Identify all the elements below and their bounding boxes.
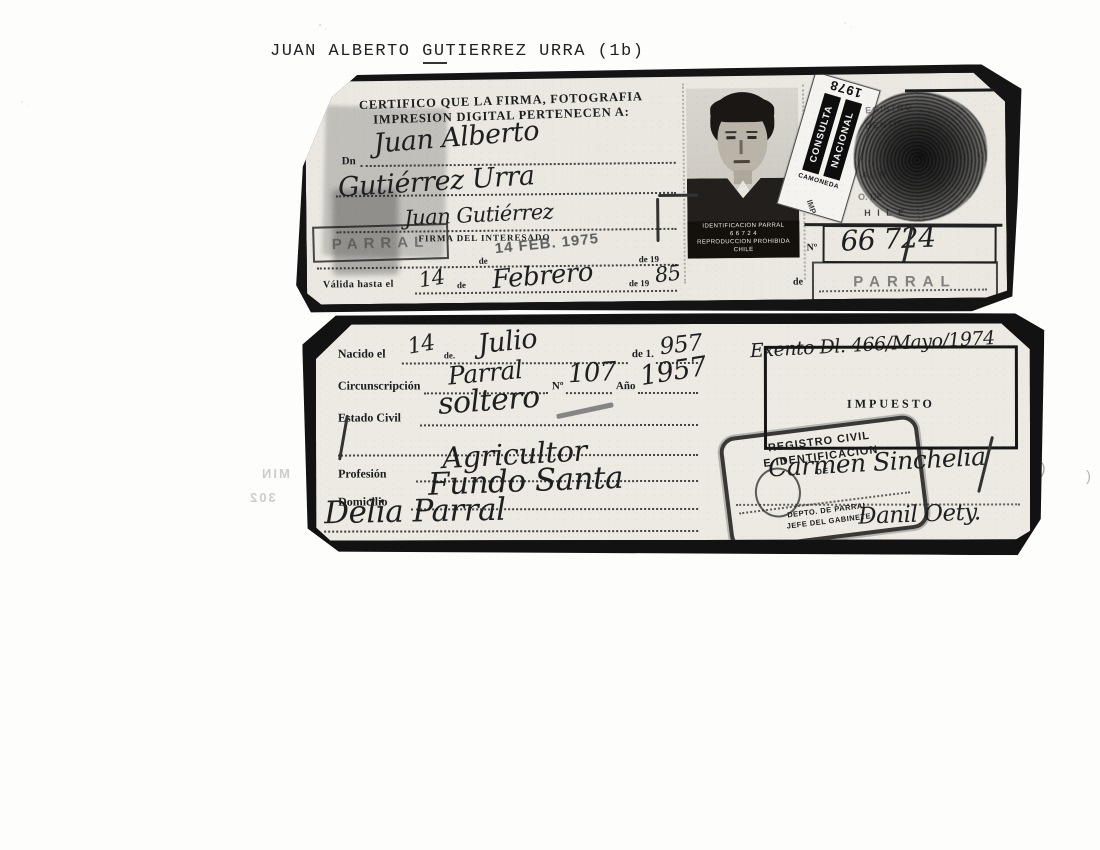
photo-eye-left xyxy=(726,136,735,139)
valid-year-handwritten: 85 xyxy=(654,262,682,286)
stray-mark: ) xyxy=(1039,460,1047,481)
district-year-label: Año xyxy=(616,380,636,392)
dotted-line xyxy=(324,530,698,533)
de-label: de xyxy=(479,256,488,266)
bleed-through-text: MIN xyxy=(260,466,290,481)
gray-pen-dash xyxy=(556,402,614,419)
profession-label: Profesión xyxy=(338,467,386,482)
photo-caption-band: IDENTIFICACION PARRAL 6 6 7 2 4 REPRODUC… xyxy=(687,221,799,259)
registry-stamp: REGISTRO CIVIL E IDENTIFICACION DE DEPTO… xyxy=(718,414,931,552)
bleed-through-text: 302 xyxy=(248,490,276,505)
born-day-handwritten: 14 xyxy=(406,332,436,358)
photo-brow-left xyxy=(725,131,736,133)
portrait-photo: IDENTIFICACION PARRAL 6 6 7 2 4 REPRODUC… xyxy=(686,88,800,259)
clerk-signature: Danil Oety. xyxy=(858,501,981,528)
district-label: Circunscripción xyxy=(338,378,420,393)
born-label: Nacido el xyxy=(338,347,386,362)
number-handwritten: 66 724 xyxy=(840,223,936,255)
valid-until-label: Válida hasta el xyxy=(323,279,394,291)
scan-noise xyxy=(740,10,950,36)
stray-mark: ) xyxy=(1086,468,1091,485)
scan-noise xyxy=(10,6,630,44)
honorific-label: Dn xyxy=(342,155,356,167)
district-no-label: Nº xyxy=(552,380,564,392)
valid-de19-label: de 19 xyxy=(629,278,649,288)
number-label: Nº xyxy=(807,242,818,253)
of-label: de xyxy=(793,276,803,287)
dotted-line xyxy=(415,290,677,295)
id-card-back: Nacido el 14 de. Julio de 1. 957 Circuns… xyxy=(302,311,1045,556)
address-line2-handwritten: Delia Parral xyxy=(324,495,506,529)
born-month-handwritten: Julio xyxy=(477,325,539,358)
photo-brow-right xyxy=(746,131,757,133)
photo-nose xyxy=(739,140,742,154)
civil-status-handwritten: soltero xyxy=(437,383,541,420)
valid-month-handwritten: Febrero xyxy=(491,259,594,293)
born-de-label: de. xyxy=(444,350,455,360)
valid-de-label: de xyxy=(457,280,466,290)
pen-mark xyxy=(656,198,659,242)
parral-office-stamp-text: PARRAL xyxy=(853,273,956,290)
title-underline-mark xyxy=(423,62,447,64)
scanned-document-page: JUAN ALBERTO GUTIERREZ URRA (1b) CERTIFI… xyxy=(0,0,1100,850)
born-de1-label: de 1. xyxy=(632,348,654,360)
card-front-paper: CERTIFICO QUE LA FIRMA, FOTOGRAFIA IMPRE… xyxy=(305,72,1007,304)
id-card-front: CERTIFICO QUE LA FIRMA, FOTOGRAFIA IMPRE… xyxy=(291,64,1022,315)
card-back-paper: Nacido el 14 de. Julio de 1. 957 Circuns… xyxy=(316,323,1030,540)
dotted-line xyxy=(420,424,698,426)
scan-noise xyxy=(2,92,42,112)
photo-eye-right xyxy=(747,136,756,139)
photo-caption-line: CHILE xyxy=(688,246,800,255)
document-title: JUAN ALBERTO GUTIERREZ URRA (1b) xyxy=(270,42,644,61)
tax-stamp-label: IMPUESTO xyxy=(767,396,1015,411)
dotted-line xyxy=(566,392,612,394)
valid-day-handwritten: 14 xyxy=(418,267,447,292)
district-no-handwritten: 107 xyxy=(567,359,616,388)
parral-office-stamp: PARRAL xyxy=(812,261,998,301)
parral-place-stamp: PARRAL xyxy=(312,223,449,263)
dotted-line xyxy=(638,392,698,394)
pen-mark xyxy=(658,194,698,197)
parral-stamp-text: PARRAL xyxy=(332,233,430,253)
photo-mouth xyxy=(734,160,750,163)
photo-hair-top xyxy=(710,96,774,123)
